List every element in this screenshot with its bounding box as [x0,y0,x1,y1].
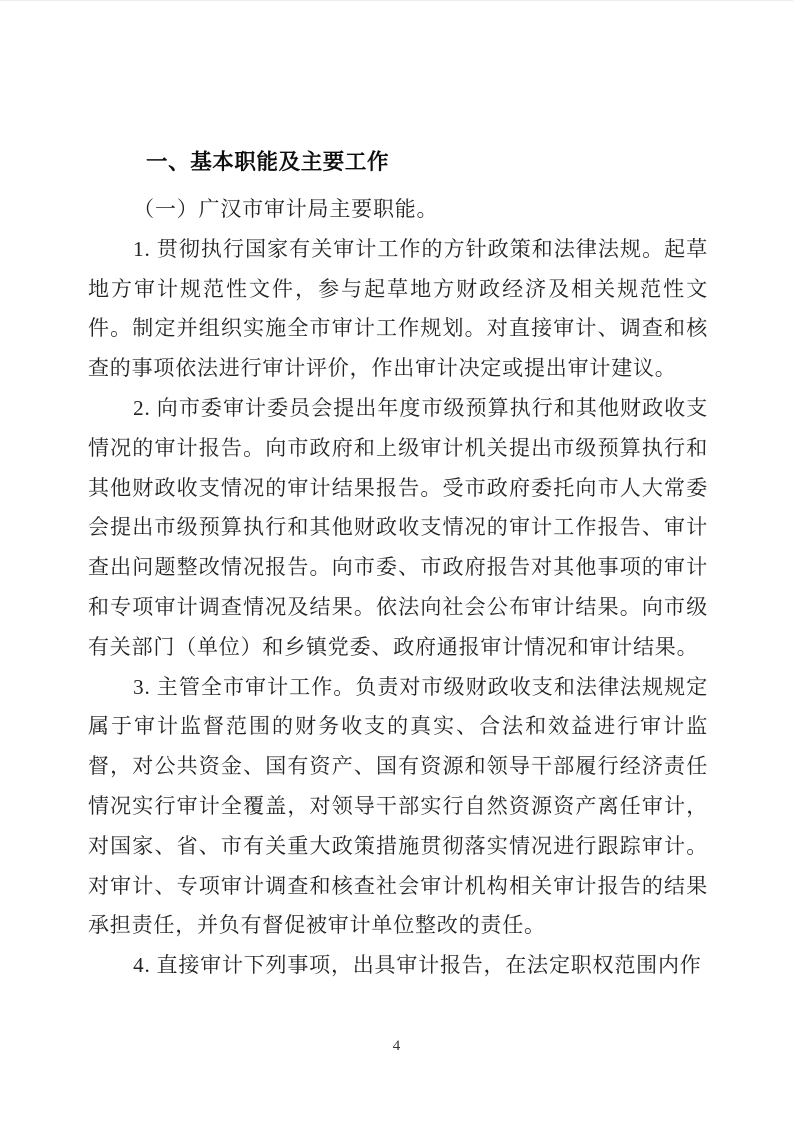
document-page: 一、基本职能及主要工作 （一）广汉市审计局主要职能。 1. 贯彻执行国家有关审计… [0,0,793,1122]
paragraph-item-3: 3. 主管全市审计工作。负责对市级财政收支和法律法规规定属于审计监督范围的财务收… [88,668,708,947]
paragraph-subheading: （一）广汉市审计局主要职能。 [88,190,708,230]
paragraph-item-4: 4. 直接审计下列事项，出具审计报告，在法定职权范围内作 [88,946,708,986]
paragraph-item-1: 1. 贯彻执行国家有关审计工作的方针政策和法律法规。起草地方审计规范性文件，参与… [88,230,708,389]
document-body: 一、基本职能及主要工作 （一）广汉市审计局主要职能。 1. 贯彻执行国家有关审计… [88,142,708,986]
paragraph-item-2: 2. 向市委审计委员会提出年度市级预算执行和其他财政收支情况的审计报告。向市政府… [88,389,708,668]
page-number: 4 [0,1038,793,1055]
section-heading: 一、基本职能及主要工作 [88,142,708,182]
